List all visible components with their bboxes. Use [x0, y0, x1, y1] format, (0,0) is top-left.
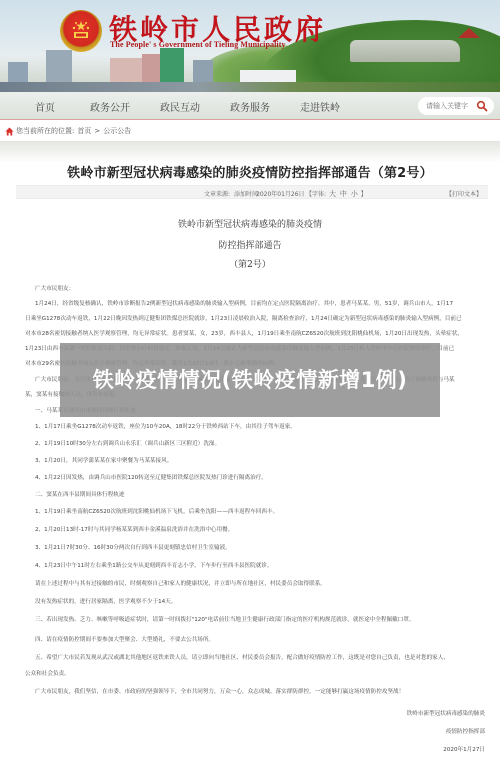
section1-item: 3、1月20日，其同学蒲某某在家中聚餐为马某某接风。: [35, 459, 172, 465]
para1-line: 日乘坐G1278次动车返铁，1月22日晚因发热到辽健集团铁煤总医院就诊，1月23…: [25, 317, 462, 323]
banner-scenery-rocks: [350, 40, 460, 62]
signature-date: 2020年1月27日: [443, 745, 485, 753]
breadcrumb-announcements-link[interactable]: 公示公告: [103, 126, 131, 136]
site-subtitle: The People' s Government of Tieling Muni…: [110, 40, 286, 49]
section4-paragraph: 四、请在疫情防控期间不要参加大型聚会、大型婚礼，不要去公共场所。: [35, 638, 214, 644]
section1-item: 1、1月17日乘坐G1278次动车返铁，座位为10车20A，18时22分于铁岭西…: [35, 425, 296, 431]
article-meta-bar: 文章来源: 添加时间: 2020年01月26日 【字体: 大 中 小 】 【打印…: [16, 185, 488, 199]
main-nav: 首页 政务公开 政民互动 政务服务 走进铁岭: [0, 92, 500, 120]
breadcrumb: 您当前所在的位置: 首页 > 公示公告: [0, 121, 500, 141]
home-icon: [5, 127, 14, 136]
banner-building: [160, 48, 184, 84]
section2-item: 3、1月21日7时30分、16时30分两次自行到西丰县更刻镇忠信村卫生室输液。: [35, 546, 231, 552]
signature-line2: 疫情防控指挥部: [446, 727, 485, 735]
emblem-stars-icon: [68, 18, 94, 44]
nav-item-government-services[interactable]: 政务服务: [230, 99, 270, 114]
search-box: [418, 97, 494, 115]
section5-line: 五、希望广大市民若发现从武汉或湖北其他地区返铁来铁人员，请立即向当地社区、村民委…: [35, 656, 449, 662]
publish-time-value: 2020年01月26日: [256, 189, 305, 198]
font-size-small-button[interactable]: 小: [351, 190, 358, 198]
content-top-fade: [0, 141, 500, 163]
para1-line: 1月24日，经省级复核确认，铁岭市诊断报告2例新型冠状病毒感染的肺炎输入型病例，…: [35, 302, 453, 308]
banner-building: [142, 54, 160, 84]
section2-item: 4、1月23日中午11时左右乘坐1路公交车从更刻到西丰育志小学，下车步行至西丰县…: [35, 564, 272, 570]
breadcrumb-home-link[interactable]: 首页: [77, 126, 91, 136]
section1-item: 2、1月19日10时30分左右到调兵山永乐汇（调兵山新区三区附近）洗澡。: [35, 442, 220, 448]
notice-paragraph: 没有发热症状的，进行居家隔离，医学观察不少于14天。: [35, 600, 176, 606]
section2-item: 1、1月19日乘坐南航CZ6520次航班到沈阳桃仙机场下飞机，后乘坐沈阳——西丰…: [35, 510, 278, 516]
font-size-label: 【字体:: [306, 191, 326, 198]
section2-item: 2、1月20日13时-17时与其同学杨某某到西丰金溪温泉洗浴并在洗浴中心用餐。: [35, 528, 233, 534]
banner-ground: [0, 82, 500, 92]
font-size-control: 【字体: 大 中 小 】: [306, 189, 367, 199]
overlay-headline: 铁岭疫情情况(铁岭疫情新增1例): [70, 367, 430, 393]
signature-line1: 铁岭市新型冠状病毒感染的肺炎: [407, 709, 485, 717]
closing-paragraph: 广大市民朋友，我们坚信，在市委、市政府的坚强领导下，全市共同努力，万众一心，众志…: [35, 690, 404, 696]
site-banner: 铁岭市人民政府 The People' s Government of Tiel…: [0, 0, 500, 92]
font-size-close: 】: [361, 191, 367, 198]
section2-title: 二、窦某在西丰县期间具体行程轨迹: [35, 493, 125, 499]
article-title: 铁岭市新型冠状病毒感染的肺炎疫情防控指挥部通告（第2号）: [0, 162, 500, 181]
national-emblem-icon[interactable]: [60, 10, 102, 52]
breadcrumb-separator: >: [94, 127, 100, 135]
headline-overlay: 铁岭疫情情况(铁岭疫情新增1例): [60, 343, 440, 417]
source-label: 文章来源:: [204, 189, 230, 198]
font-size-medium-button[interactable]: 中: [340, 190, 347, 198]
section5-line: 公众和社会负责。: [25, 672, 70, 678]
search-icon[interactable]: [476, 100, 488, 112]
nav-item-public-interaction[interactable]: 政民互动: [160, 99, 200, 114]
salutation: 广大市民朋友：: [35, 287, 74, 293]
doc-heading-line2: 防控指挥部通告: [0, 238, 500, 251]
breadcrumb-prefix: 您当前所在的位置:: [16, 126, 74, 136]
banner-building: [193, 60, 213, 84]
search-input[interactable]: [426, 102, 478, 110]
doc-heading-line3: （第2号）: [0, 257, 500, 270]
banner-building: [110, 58, 146, 84]
print-button[interactable]: 【打印文本】: [446, 189, 482, 198]
font-size-large-button[interactable]: 大: [329, 190, 336, 198]
banner-building: [8, 62, 28, 84]
doc-heading-line1: 铁岭市新型冠状病毒感染的肺炎疫情: [0, 217, 500, 230]
banner-pavilion: [458, 16, 480, 38]
nav-item-about-tieling[interactable]: 走进铁岭: [300, 99, 340, 114]
section3-paragraph: 三、若出现发热、乏力、咳嗽等呼吸道症状时，请第一时间拨打"120"电话前往当地卫…: [35, 618, 414, 624]
section1-item: 4、1月22日因发热，由调兵山市医院120转送至辽健集团铁煤总医院发热门诊进行隔…: [35, 476, 267, 482]
nav-item-home[interactable]: 首页: [35, 99, 55, 114]
para1-line: 对本市28名密切接触者纳入医学观察管理，均无异常症状。患者窦某，女，23岁，西丰…: [25, 332, 463, 338]
nav-item-government-affairs[interactable]: 政务公开: [90, 99, 130, 114]
notice-paragraph: 请在上述过程中与其有过接触的市民，时刻观察自己和家人的健康状况，并立即与所在地社…: [35, 582, 326, 588]
banner-building: [46, 50, 72, 84]
